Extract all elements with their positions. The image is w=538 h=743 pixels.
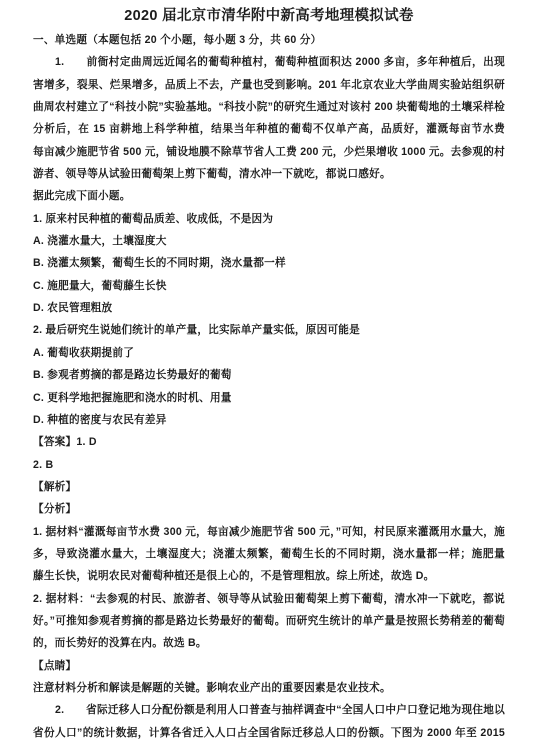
analysis2-line: 好。”可推知参观者剪摘的都是路边长势最好的葡萄。而研究生统计的单产量是按照长势稍… — [33, 610, 505, 632]
label-dianjing: 【点睛】 — [33, 655, 505, 677]
analysis1-line: 藤生长快，说明农民对葡萄种植还是很上心的，不是管理粗放。综上所述，故选 D。 — [33, 565, 505, 587]
q2-material-line: 省份人口”的统计数据，计算各省迁入人口占全国省际迁移总人口的份额。下图为 200… — [33, 722, 505, 743]
q1-material-line: 1. 前衙村定曲周远近闻名的葡萄种植村，葡萄种植面积达 2000 多亩，多年种植… — [33, 51, 505, 73]
q1-sub1-stem: 1. 原来村民种植的葡萄品质差、收成低，不是因为 — [33, 208, 505, 230]
q1-prompt: 据此完成下面小题。 — [33, 185, 505, 207]
analysis2-line: 2. 据材料：“去参观的村民、旅游者、领导等从试验田葡萄架上剪下葡萄，清水冲一下… — [33, 588, 505, 610]
q2-material-line: 2. 省际迁移人口分配份额是利用人口普查与抽样调查中“全国人口中户口登记地为现住… — [33, 699, 505, 721]
page-title: 2020 届北京市清华附中新高考地理模拟试卷 — [33, 3, 505, 29]
q1-material-line: 游者、领导等从试验田葡萄架上剪下葡萄，清水冲一下就吃，都说口感好。 — [33, 163, 505, 185]
q1-sub2-option-a: A. 葡萄收获期提前了 — [33, 342, 505, 364]
q1-sub2-option-b: B. 参观者剪摘的都是路边长势最好的葡萄 — [33, 364, 505, 386]
analysis2-line: 的，而长势好的没算在内。故选 B。 — [33, 632, 505, 654]
section-heading: 一、单选题（本题包括 20 个小题，每小题 3 分，共 60 分） — [33, 29, 505, 51]
label-fenxi: 【分析】 — [33, 498, 505, 520]
q1-sub1-option-b: B. 浇灌太频繁，葡萄生长的不同时期，浇水量都一样 — [33, 252, 505, 274]
answer-line: 【答案】1. D — [33, 431, 505, 453]
q1-note: 注意材料分析和解读是解题的关键。影响农业产出的重要因素是农业技术。 — [33, 677, 505, 699]
q1-sub1-option-a: A. 浇灌水量大，土壤湿度大 — [33, 230, 505, 252]
q1-sub1-option-d: D. 农民管理粗放 — [33, 297, 505, 319]
answer-line: 2. B — [33, 454, 505, 476]
analysis1-line: 1. 据材料“灌溉每亩节水费 300 元，每亩减少施肥节省 500 元，”可知，… — [33, 521, 505, 543]
label-jiexi: 【解析】 — [33, 476, 505, 498]
q1-material-line: 每亩减少施肥节省 500 元，铺设地膜不除草节省人工费 200 元，少烂果增收 … — [33, 141, 505, 163]
q1-material-line: 曲周农村建立了“科技小院”实验基地。“科技小院”的研究生通过对该村 200 块葡… — [33, 96, 505, 118]
q1-sub2-option-c: C. 更科学地把握施肥和浇水的时机、用量 — [33, 387, 505, 409]
q1-material-line: 害增多，裂果、烂果增多，品质上不去，产量也受到影响。201 年北京农业大学曲周实… — [33, 74, 505, 96]
q1-material-line: 分析后，在 15 亩耕地上科学种植，结果当年种植的葡萄不仅单产高，品质好，灌溉每… — [33, 118, 505, 140]
exam-document-page: 2020 届北京市清华附中新高考地理模拟试卷 一、单选题（本题包括 20 个小题… — [0, 0, 538, 743]
analysis1-line: 多，导致浇灌水量大，土壤湿度大；浇灌太频繁，葡萄生长的不同时期，浇水量都一样；施… — [33, 543, 505, 565]
q1-sub2-stem: 2. 最后研究生说她们统计的单产量，比实际单产量实低，原因可能是 — [33, 319, 505, 341]
q1-sub1-option-c: C. 施肥量大，葡萄藤生长快 — [33, 275, 505, 297]
q1-sub2-option-d: D. 种植的密度与农民有差异 — [33, 409, 505, 431]
